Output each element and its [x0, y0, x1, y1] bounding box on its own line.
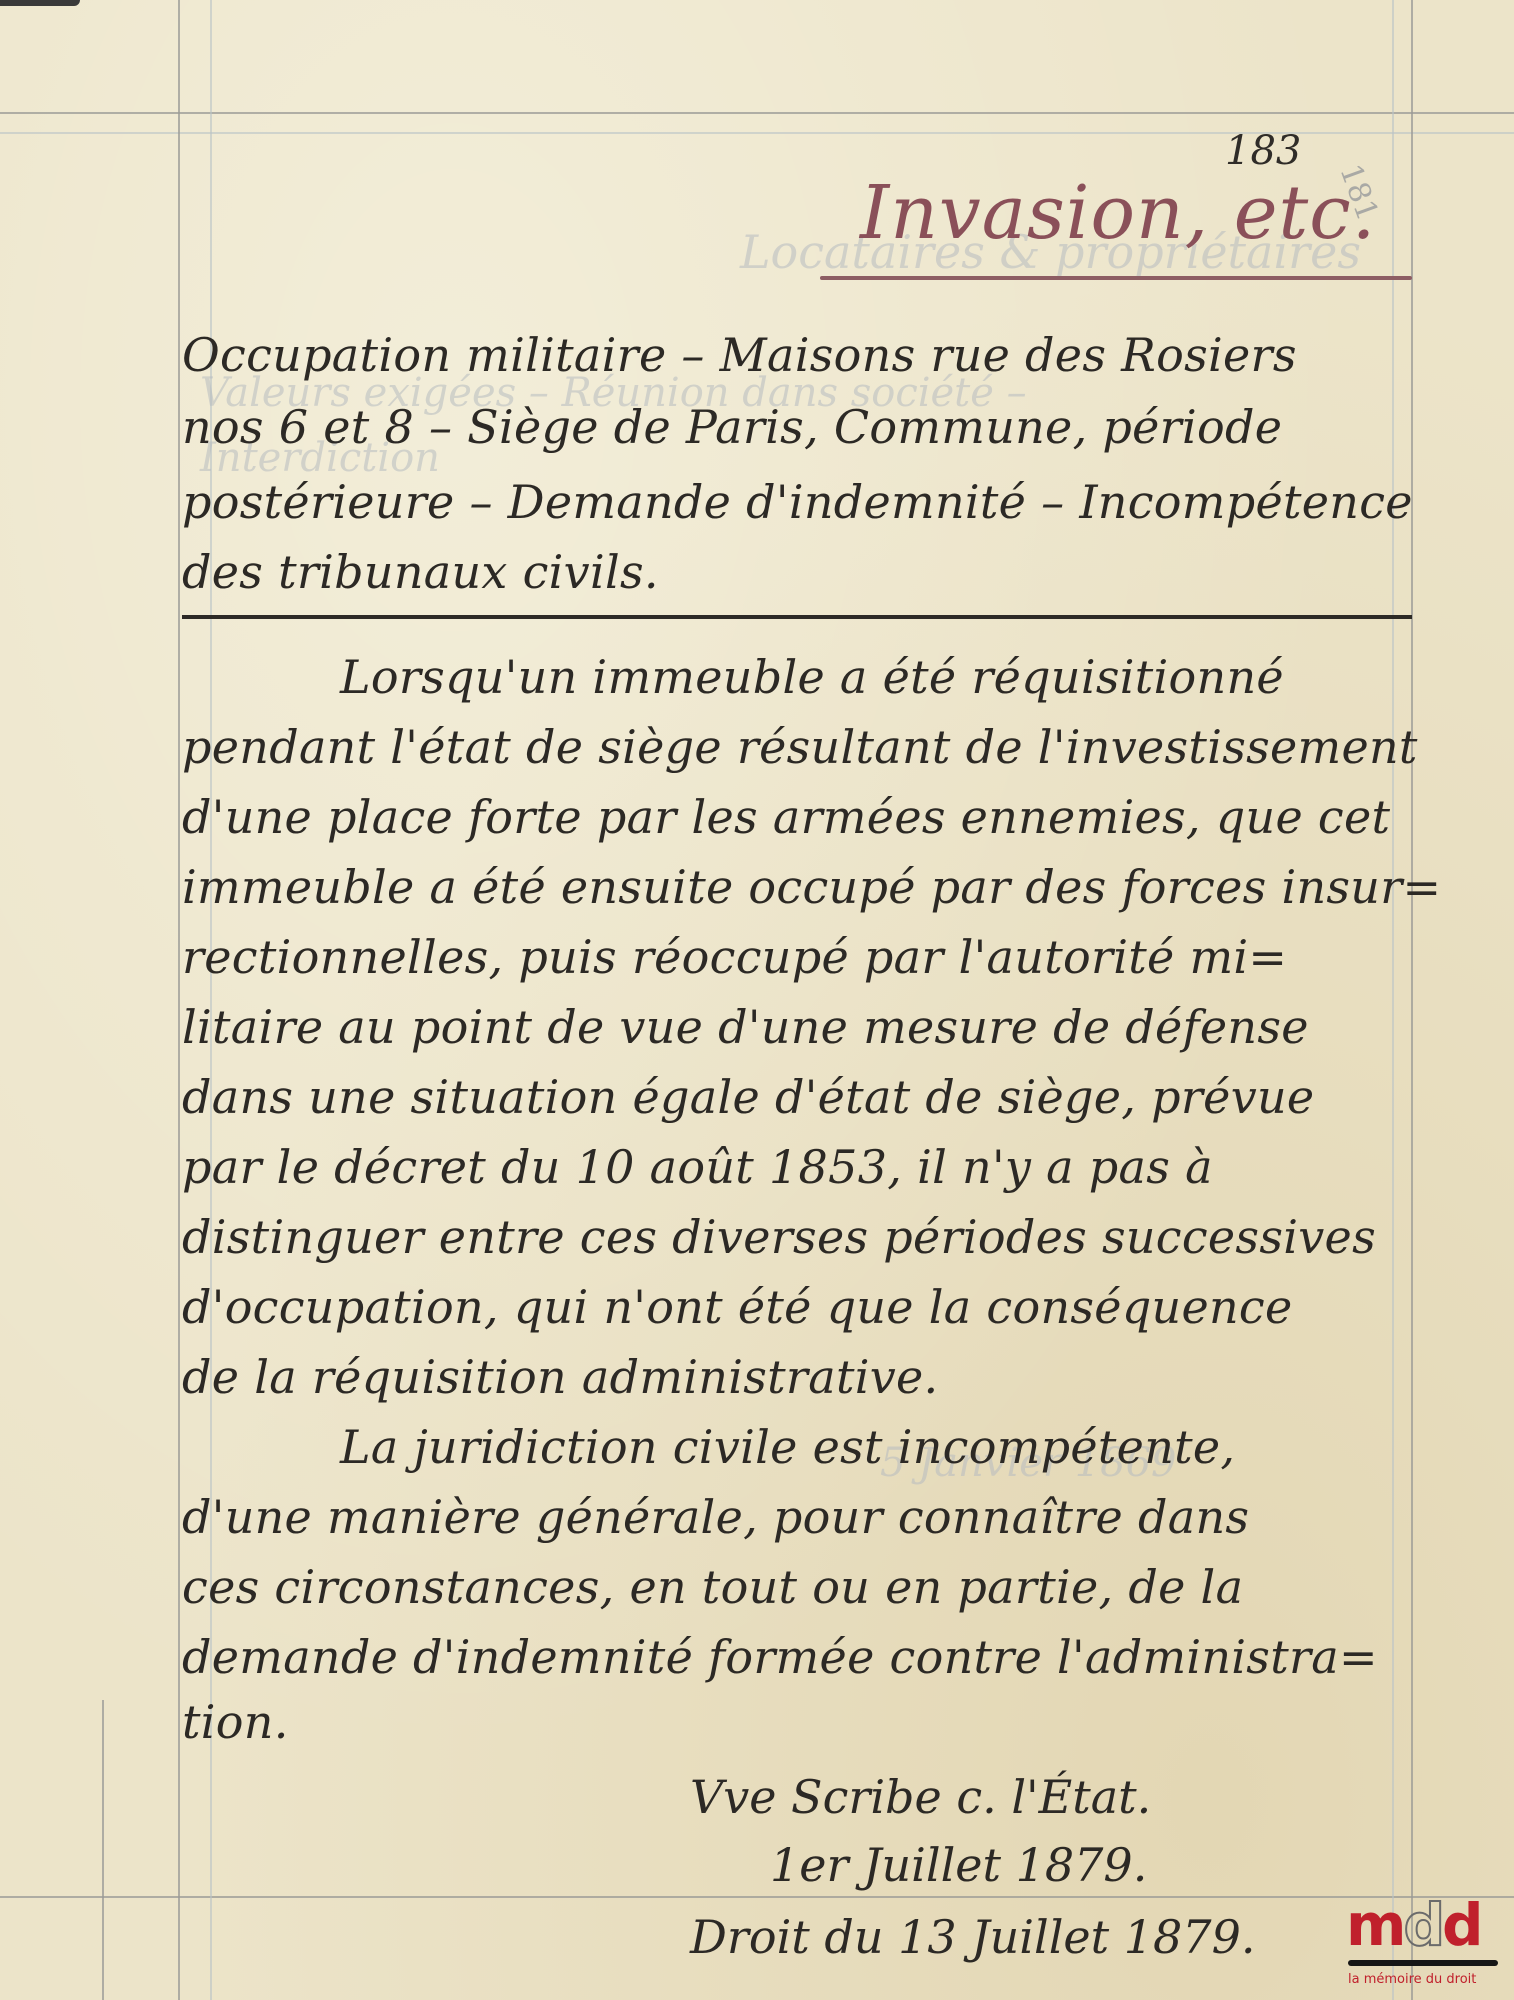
- citation-date: 1er Juillet 1879.: [770, 1838, 1147, 1892]
- logo-tagline: la mémoire du droit: [1338, 1972, 1514, 1987]
- left-outer-line: [102, 1700, 104, 2000]
- body-line: pendant l'état de siège résultant de l'i…: [182, 720, 1418, 774]
- logo-letter-m: m: [1346, 1891, 1403, 1959]
- mdd-logo-letters: mdd: [1338, 1896, 1514, 1954]
- body-line: tion.: [182, 1695, 289, 1749]
- body-line: par le décret du 10 août 1853, il n'y a …: [182, 1140, 1213, 1194]
- body-line: dans une situation égale d'état de siège…: [182, 1070, 1314, 1124]
- body-line: d'occupation, qui n'ont été que la consé…: [182, 1280, 1293, 1334]
- body-line: d'une manière générale, pour connaître d…: [182, 1490, 1249, 1544]
- citation-source: Droit du 13 Juillet 1879.: [690, 1910, 1255, 1964]
- page-edge-shadow: [0, 0, 80, 6]
- left-margin-line: [178, 0, 180, 2000]
- summary-line: Occupation militaire – Maisons rue des R…: [182, 328, 1297, 382]
- right-margin-line-inner: [1392, 0, 1394, 2000]
- page-number: 183: [1225, 128, 1301, 174]
- body-line: rectionnelles, puis réoccupé par l'autor…: [182, 930, 1287, 984]
- citation-parties: Vve Scribe c. l'État.: [690, 1770, 1151, 1824]
- summary-line: postérieure – Demande d'indemnité – Inco…: [182, 475, 1413, 529]
- body-line: ces circonstances, en tout ou en partie,…: [182, 1560, 1243, 1614]
- logo-bar: [1348, 1960, 1498, 1966]
- rubric-underline: [820, 276, 1412, 280]
- body-line: Lorsqu'un immeuble a été réquisitionné: [340, 650, 1284, 704]
- summary-divider: [182, 615, 1412, 619]
- logo-letter-d: d: [1442, 1891, 1481, 1959]
- bottom-ruling-line: [0, 1896, 1514, 1898]
- logo-letter-d-outline: d: [1403, 1891, 1442, 1959]
- body-line: litaire au point de vue d'une mesure de …: [182, 1000, 1309, 1054]
- body-line: de la réquisition administrative.: [182, 1350, 938, 1404]
- body-line: immeuble a été ensuite occupé par des fo…: [182, 860, 1441, 914]
- top-ruling-line: [0, 112, 1514, 114]
- body-line: La juridiction civile est incompétente,: [340, 1420, 1235, 1474]
- summary-line: des tribunaux civils.: [182, 545, 659, 599]
- body-line: d'une place forte par les armées ennemie…: [182, 790, 1390, 844]
- body-line: demande d'indemnité formée contre l'admi…: [182, 1630, 1378, 1684]
- mdd-watermark-logo: mdd la mémoire du droit: [1338, 1896, 1514, 2000]
- summary-line: nos 6 et 8 – Siège de Paris, Commune, pé…: [182, 400, 1282, 454]
- body-line: distinguer entre ces diverses périodes s…: [182, 1210, 1376, 1264]
- right-margin-line: [1411, 0, 1413, 2000]
- rubric-title: Invasion, etc.: [860, 170, 1376, 256]
